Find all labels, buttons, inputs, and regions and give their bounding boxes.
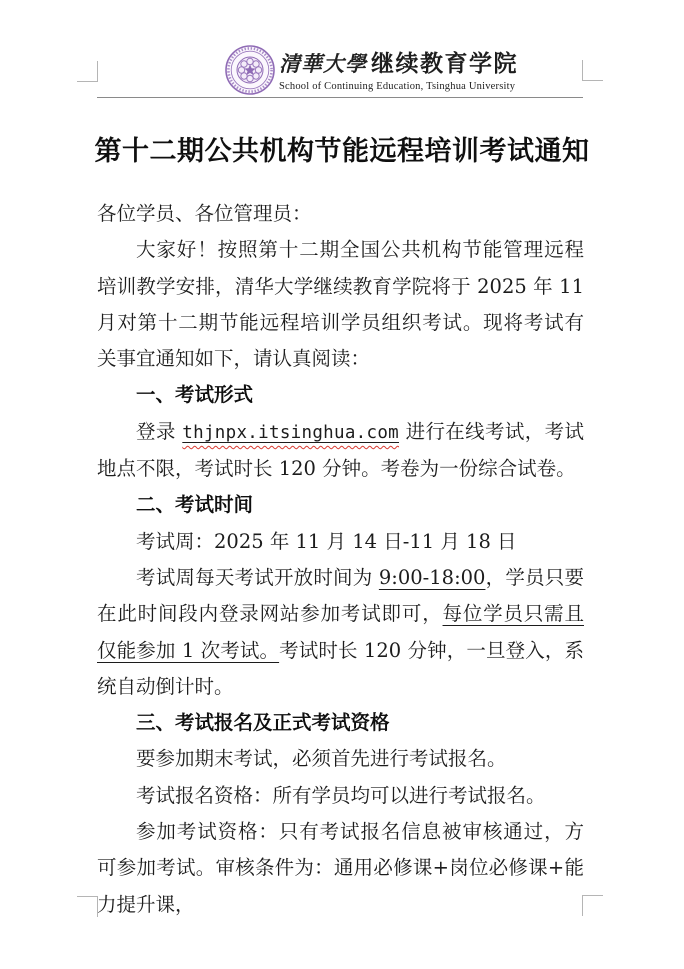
intro-paragraph: 大家好！按照第十二期全国公共机构节能管理远程培训教学安排，清华大学继续教育学院将… [97, 232, 584, 377]
logo-script-text: 清華大學 [279, 48, 367, 78]
text-boundary-mark-top-right [582, 60, 603, 81]
section-1-paragraph: 登录 thjnpx.itsinghua.com 进行在线考试，考试地点不限，考试… [97, 414, 584, 488]
document-page: 清華大學继续教育学院 School of Continuing Educatio… [0, 0, 684, 969]
text-boundary-mark-bottom-left [77, 896, 98, 917]
section-2-paragraph: 考试周每天考试开放时间为 9:00-18:00，学员只要在此时间段内登录网站参加… [97, 560, 584, 705]
section-3-heading: 三、考试报名及正式考试资格 [97, 705, 584, 741]
section-2-heading: 二、考试时间 [97, 487, 584, 523]
text-boundary-mark-bottom-right [582, 895, 603, 916]
section-3-paragraph-1: 要参加期末考试，必须首先进行考试报名。 [97, 741, 584, 777]
logo-department-text: 继续教育学院 [371, 45, 518, 78]
text-segment: 考试周每天考试开放时间为 [136, 566, 379, 589]
text-segment: 登录 [136, 420, 182, 443]
section-1-heading: 一、考试形式 [97, 377, 584, 413]
exam-week-line: 考试周：2025 年 11 月 14 日-11 月 18 日 [97, 524, 584, 560]
page-title: 第十二期公共机构节能远程培训考试通知 [0, 129, 684, 168]
section-3-paragraph-3: 参加考试资格：只有考试报名信息被审核通过，方可参加考试。审核条件为：通用必修课+… [97, 814, 584, 923]
exam-website-url: thjnpx.itsinghua.com [182, 423, 399, 443]
salutation: 各位学员、各位管理员： [97, 196, 584, 232]
header-divider [97, 97, 583, 98]
notice-body: 各位学员、各位管理员： 大家好！按照第十二期全国公共机构节能管理远程培训教学安排… [97, 196, 584, 923]
logo-wordmark: 清華大學继续教育学院 School of Continuing Educatio… [279, 45, 518, 92]
spellcheck-underline: thjnpx.itsinghua.com [182, 423, 399, 443]
logo-english-text: School of Continuing Education, Tsinghua… [279, 81, 518, 92]
text-boundary-mark-top-left [77, 61, 98, 82]
exam-open-hours: 9:00-18:00 [379, 566, 486, 589]
section-3-paragraph-2: 考试报名资格：所有学员均可以进行考试报名。 [97, 778, 584, 814]
university-seal-icon [224, 44, 276, 96]
